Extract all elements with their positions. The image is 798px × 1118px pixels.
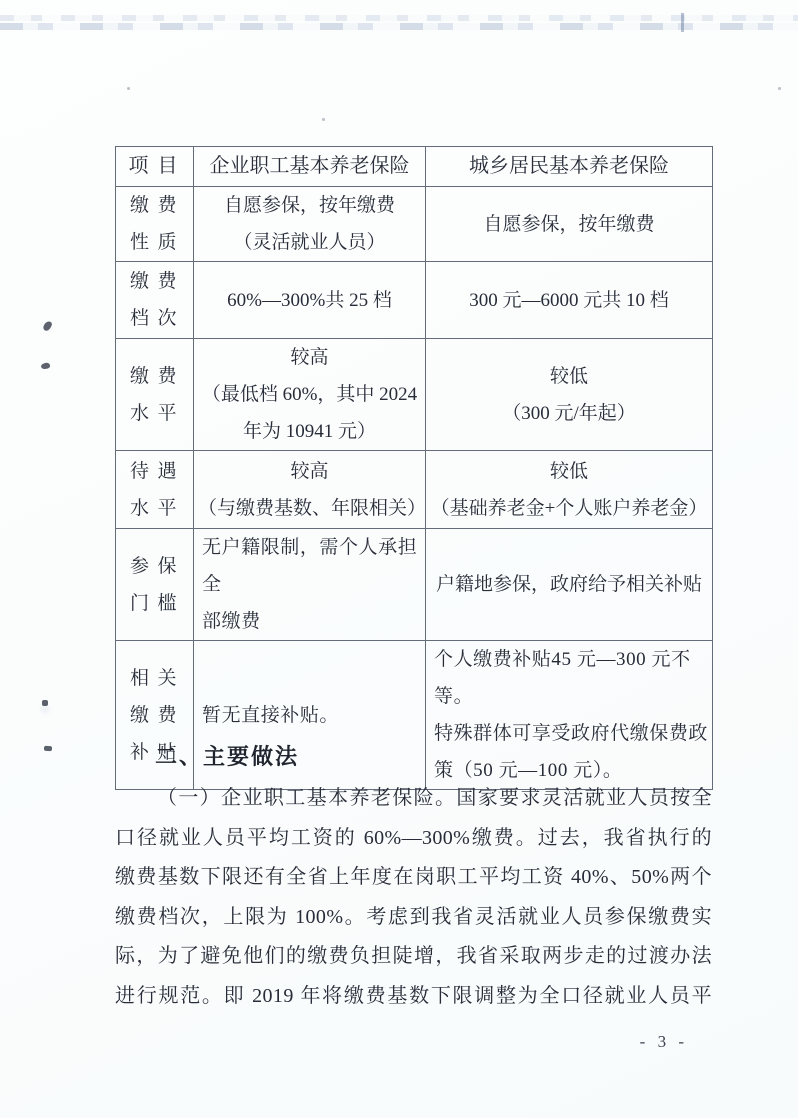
table-row-enrollment-threshold: 参保 门槛 无户籍限制，需个人承担全 部缴费 户籍地参保，政府给予相关补贴 xyxy=(116,529,713,641)
paragraph-line: 进行规范。即 2019 年将缴费基数下限调整为全口径就业人员平 xyxy=(115,977,712,1017)
scan-dust-dot xyxy=(322,118,325,121)
cell-line: 自愿参保，按年缴费 xyxy=(430,206,708,243)
row-label: 缴费 性质 xyxy=(116,187,194,262)
cell-line: （与缴费基数、年限相关） xyxy=(198,490,421,527)
scan-tick-artifact xyxy=(681,13,684,32)
cell-line: 较高 xyxy=(198,453,421,490)
row-label-line: 门槛 xyxy=(126,585,189,622)
ink-speck xyxy=(42,700,48,706)
page-number: - 3 - xyxy=(640,1032,688,1052)
cell-line: 较低 xyxy=(430,358,708,395)
paragraph-line: 缴费档次，上限为 100%。考虑到我省灵活就业人员参保缴费实 xyxy=(115,898,712,938)
row-label-line: 相关 xyxy=(126,660,189,697)
row-label-line: 性质 xyxy=(126,224,189,261)
row-label-line: 待遇 xyxy=(126,453,189,490)
pension-comparison-table: 项目 企业职工基本养老保险 城乡居民基本养老保险 缴费 性质 自愿参保，按年缴费… xyxy=(115,146,713,790)
table-header-row: 项目 企业职工基本养老保险 城乡居民基本养老保险 xyxy=(116,147,713,187)
cell-resident: 户籍地参保，政府给予相关补贴 xyxy=(426,529,713,641)
cell-line: （基础养老金+个人账户养老金） xyxy=(430,490,708,527)
cell-line: 部缴费 xyxy=(202,603,421,640)
cell-resident: 300 元—6000 元共 10 档 xyxy=(426,262,713,339)
paragraph-line: 缴费基数下限还有全省上年度在岗职工平均工资 40%、50%两个 xyxy=(115,858,712,898)
cell-line: （300 元/年起） xyxy=(430,395,708,432)
paragraph-line: （一）企业职工基本养老保险。国家要求灵活就业人员按全 xyxy=(115,779,712,819)
scan-streak-artifact xyxy=(0,23,798,30)
scan-dust-dot xyxy=(127,87,130,90)
row-label-line: 水平 xyxy=(126,490,189,527)
header-resident-pension: 城乡居民基本养老保险 xyxy=(426,147,713,187)
cell-line: 较高 xyxy=(198,339,421,376)
row-label: 参保 门槛 xyxy=(116,529,194,641)
cell-line: （最低档 60%，其中 2024 xyxy=(198,376,421,413)
row-label-line: 缴费 xyxy=(126,358,189,395)
table-row-payment-level: 缴费 水平 较高 （最低档 60%，其中 2024 年为 10941 元） 较低… xyxy=(116,339,713,451)
cell-line: 无户籍限制，需个人承担全 xyxy=(202,529,421,603)
scanned-document-page: 项目 企业职工基本养老保险 城乡居民基本养老保险 缴费 性质 自愿参保，按年缴费… xyxy=(0,0,798,1118)
row-label: 缴费 档次 xyxy=(116,262,194,339)
cell-line: 年为 10941 元） xyxy=(198,413,421,450)
row-label-line: 参保 xyxy=(126,548,189,585)
row-label: 缴费 水平 xyxy=(116,339,194,451)
cell-line: 户籍地参保，政府给予相关补贴 xyxy=(430,566,708,603)
row-label-line: 缴费 xyxy=(126,263,189,300)
table-row-benefit-level: 待遇 水平 较高 （与缴费基数、年限相关） 较低 （基础养老金+个人账户养老金） xyxy=(116,451,713,529)
cell-line: 个人缴费补贴45 元—300 元不等。 xyxy=(434,641,708,715)
table-row-payment-tiers: 缴费 档次 60%—300%共 25 档 300 元—6000 元共 10 档 xyxy=(116,262,713,339)
row-label: 待遇 水平 xyxy=(116,451,194,529)
scan-dust-dot xyxy=(778,87,781,90)
cell-resident: 较低 （基础养老金+个人账户养老金） xyxy=(426,451,713,529)
ink-speck xyxy=(44,746,52,752)
ink-speck xyxy=(42,320,53,332)
header-item: 项目 xyxy=(116,147,194,187)
row-label-line: 缴费 xyxy=(126,187,189,224)
row-label-line: 水平 xyxy=(126,395,189,432)
cell-enterprise: 较高 （最低档 60%，其中 2024 年为 10941 元） xyxy=(194,339,426,451)
cell-line: 自愿参保，按年缴费 xyxy=(198,187,421,224)
ink-speck xyxy=(40,362,50,370)
cell-resident: 自愿参保，按年缴费 xyxy=(426,187,713,262)
cell-enterprise: 较高 （与缴费基数、年限相关） xyxy=(194,451,426,529)
cell-resident: 较低 （300 元/年起） xyxy=(426,339,713,451)
body-paragraph: （一）企业职工基本养老保险。国家要求灵活就业人员按全 口径就业人员平均工资的 6… xyxy=(115,779,712,1016)
table-row-payment-nature: 缴费 性质 自愿参保，按年缴费 （灵活就业人员） 自愿参保，按年缴费 xyxy=(116,187,713,262)
cell-line: （灵活就业人员） xyxy=(198,224,421,261)
row-label-line: 缴费 xyxy=(126,697,189,734)
cell-enterprise: 无户籍限制，需个人承担全 部缴费 xyxy=(194,529,426,641)
section-heading: 二、主要做法 xyxy=(115,740,712,771)
paragraph-line: 口径就业人员平均工资的 60%—300%缴费。过去，我省执行的 xyxy=(115,819,712,859)
header-enterprise-pension: 企业职工基本养老保险 xyxy=(194,147,426,187)
cell-enterprise: 自愿参保，按年缴费 （灵活就业人员） xyxy=(194,187,426,262)
cell-enterprise: 60%—300%共 25 档 xyxy=(194,262,426,339)
cell-line: 300 元—6000 元共 10 档 xyxy=(430,282,708,319)
cell-line: 较低 xyxy=(430,453,708,490)
cell-line: 暂无直接补贴。 xyxy=(202,697,421,734)
cell-line: 60%—300%共 25 档 xyxy=(198,282,421,319)
paragraph-line: 际，为了避免他们的缴费负担陡增，我省采取两步走的过渡办法 xyxy=(115,937,712,977)
scan-streak-artifact xyxy=(0,15,798,21)
row-label-line: 档次 xyxy=(126,300,189,337)
